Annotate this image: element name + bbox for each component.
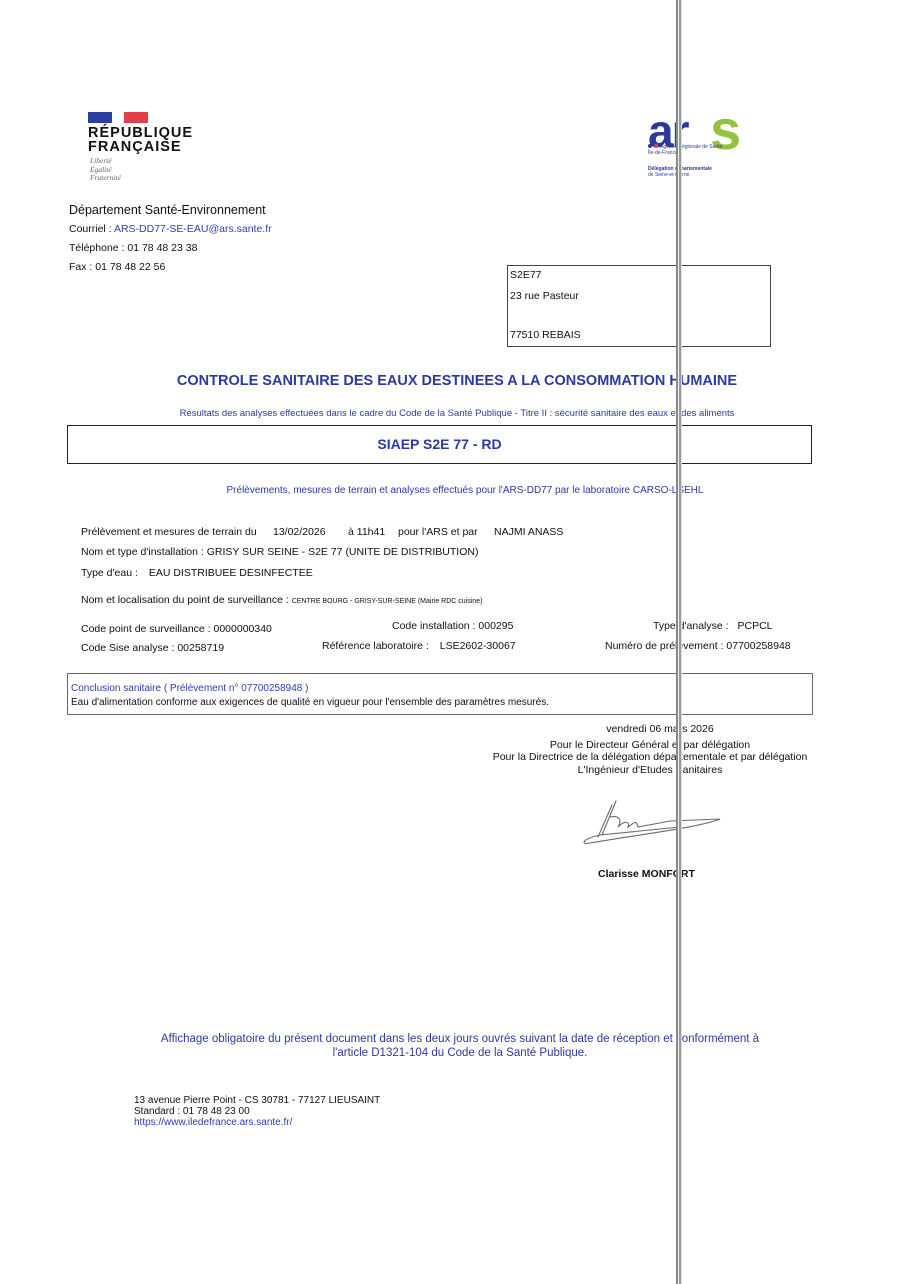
sender-phone: Téléphone : 01 78 48 23 38 xyxy=(69,239,272,258)
footer-website-link[interactable]: https://www.iledefrance.ars.sante.fr/ xyxy=(134,1117,380,1128)
document-subtitle: Résultats des analyses effectuées dans l… xyxy=(0,408,900,419)
lab-line: Prélèvements, mesures de terrain et anal… xyxy=(0,485,900,496)
sender-fax: Fax : 01 78 48 22 56 xyxy=(69,258,272,277)
dot-icon xyxy=(648,144,652,148)
sampling-for-by: pour l'ARS et par xyxy=(398,526,478,538)
sender-department: Département Santé-Environnement xyxy=(69,201,272,220)
recipient-city: 77510 REBAIS xyxy=(510,329,581,341)
document-title: CONTROLE SANITAIRE DES EAUX DESTINEES A … xyxy=(0,373,900,389)
sampling-label: Prélèvement et mesures de terrain du xyxy=(81,526,257,538)
republique-francaise-logo: RÉPUBLIQUE FRANÇAISE xyxy=(88,126,193,154)
installation-line: Nom et type d'installation : GRISY SUR S… xyxy=(81,546,478,558)
lab-ref: LSE2602-30067 xyxy=(440,640,516,652)
signature-date: vendredi 06 mars 2026 xyxy=(480,723,820,736)
lab-ref-line: Référence laboratoire : LSE2602-30067 xyxy=(322,640,516,652)
network-name-box: SIAEP S2E 77 - RD xyxy=(67,425,812,464)
dot-icon xyxy=(654,144,658,148)
sampling-date: 13/02/2026 xyxy=(273,526,326,538)
water-type-line: Type d'eau : EAU DISTRIBUEE DESINFECTEE xyxy=(81,567,313,579)
water-type-value: EAU DISTRIBUEE DESINFECTEE xyxy=(149,567,313,579)
conclusion-text: Eau d'alimentation conforme aux exigence… xyxy=(71,697,549,708)
installation-code: 000295 xyxy=(478,620,513,632)
conclusion-title: Conclusion sanitaire ( Prélèvement n° 07… xyxy=(71,683,308,694)
signature-line3: L'Ingénieur d'Etudes Sanitaires xyxy=(480,764,820,777)
sampler-name: NAJMI ANASS xyxy=(494,526,563,538)
republic-motto: Liberté Égalité Fraternité xyxy=(90,157,121,183)
sample-number-line: Numéro de prélèvement : 07700258948 xyxy=(605,640,791,652)
point-code: Code point de surveillance : 0000000340 xyxy=(81,623,272,635)
motto-fraternite: Fraternité xyxy=(90,174,121,183)
sample-number: 07700258948 xyxy=(726,640,790,652)
footer-address: 13 avenue Pierre Point - CS 30781 - 7712… xyxy=(134,1095,380,1106)
logo-title-line2: FRANÇAISE xyxy=(88,140,193,154)
recipient-address-box: S2E77 23 rue Pasteur 77510 REBAIS xyxy=(507,265,771,347)
installation-code-line: Code installation : 000295 xyxy=(392,620,513,632)
recipient-name: S2E77 xyxy=(510,269,542,281)
surveillance-point-value: CENTRE BOURG - GRISY-SUR-SEINE (Mairie R… xyxy=(292,598,483,605)
analysis-type-line: Type d'analyse : PCPCL xyxy=(653,620,773,632)
signature-line1: Pour le Directeur Général et par délégat… xyxy=(480,739,820,752)
footer-phone: Standard : 01 78 48 23 00 xyxy=(134,1106,380,1117)
signature-block: vendredi 06 mars 2026 Pour le Directeur … xyxy=(480,723,820,776)
mandatory-display-notice: Affichage obligatoire du présent documen… xyxy=(120,1032,800,1060)
sampling-time: à 11h41 xyxy=(348,526,385,538)
recipient-street: 23 rue Pasteur xyxy=(510,290,579,302)
signature-line2: Pour la Directrice de la délégation dépa… xyxy=(480,751,820,764)
ars-agency-text: Agence Régionale de Santé Île-de-France xyxy=(648,144,722,156)
ars-logo: ar s Agence Régionale de Santé Île-de-Fr… xyxy=(646,110,776,180)
logo-title-line1: RÉPUBLIQUE xyxy=(88,126,193,140)
analysis-type: PCPCL xyxy=(737,620,772,632)
sise-line: Code Sise analyse : 00258719 xyxy=(81,642,224,654)
ars-region: Île-de-France xyxy=(648,150,678,156)
handwritten-signature-icon xyxy=(570,797,730,857)
sender-block: Département Santé-Environnement Courriel… xyxy=(69,201,272,277)
footer: 13 avenue Pierre Point - CS 30781 - 7712… xyxy=(134,1095,380,1128)
conclusion-box: Conclusion sanitaire ( Prélèvement n° 07… xyxy=(67,673,813,715)
scan-artifact-line xyxy=(676,0,682,1284)
sise-code: 00258719 xyxy=(177,642,224,654)
installation-value: GRISY SUR SEINE - S2E 77 (UNITE DE DISTR… xyxy=(207,546,479,558)
french-flag-icon xyxy=(88,112,148,123)
surveillance-point-line: Nom et localisation du point de surveill… xyxy=(81,594,482,606)
sender-email-link[interactable]: ARS-DD77-SE-EAU@ars.sante.fr xyxy=(114,223,272,235)
